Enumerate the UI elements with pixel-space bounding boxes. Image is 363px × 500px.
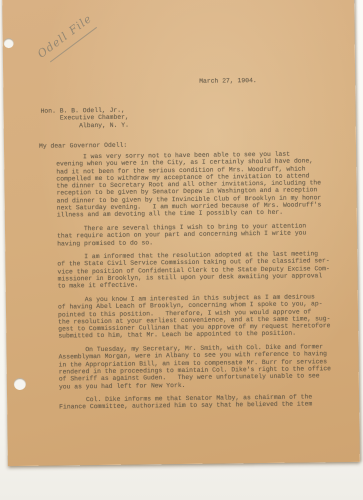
letter-paper: Odell File March 27, 1904. Hon. B. B. Od… bbox=[2, 0, 360, 466]
letter-body: I was very sorry not to have been able t… bbox=[56, 150, 351, 418]
punch-hole-bottom bbox=[14, 378, 26, 390]
punch-hole-top bbox=[4, 38, 14, 48]
letter-paragraph: I was very sorry not to have been able t… bbox=[56, 150, 349, 219]
letter-paragraph: Col. Dike informs me that Senator Malby,… bbox=[59, 393, 351, 411]
letter-paragraph: As you know I am interested in this subj… bbox=[58, 293, 351, 340]
letter-paragraph: I am informed that the resolution adopte… bbox=[57, 250, 349, 290]
letter-paragraph: On Tuesday, my Secretary, Mr. Smith, wit… bbox=[58, 343, 351, 390]
recipient-address: Hon. B. B. Odell, Jr., Executive Chamber… bbox=[41, 107, 129, 130]
date-line: March 27, 1904. bbox=[199, 77, 257, 85]
salutation: My dear Governor Odell: bbox=[39, 142, 127, 150]
letter-paragraph: There are several things I wish to bring… bbox=[57, 222, 349, 247]
